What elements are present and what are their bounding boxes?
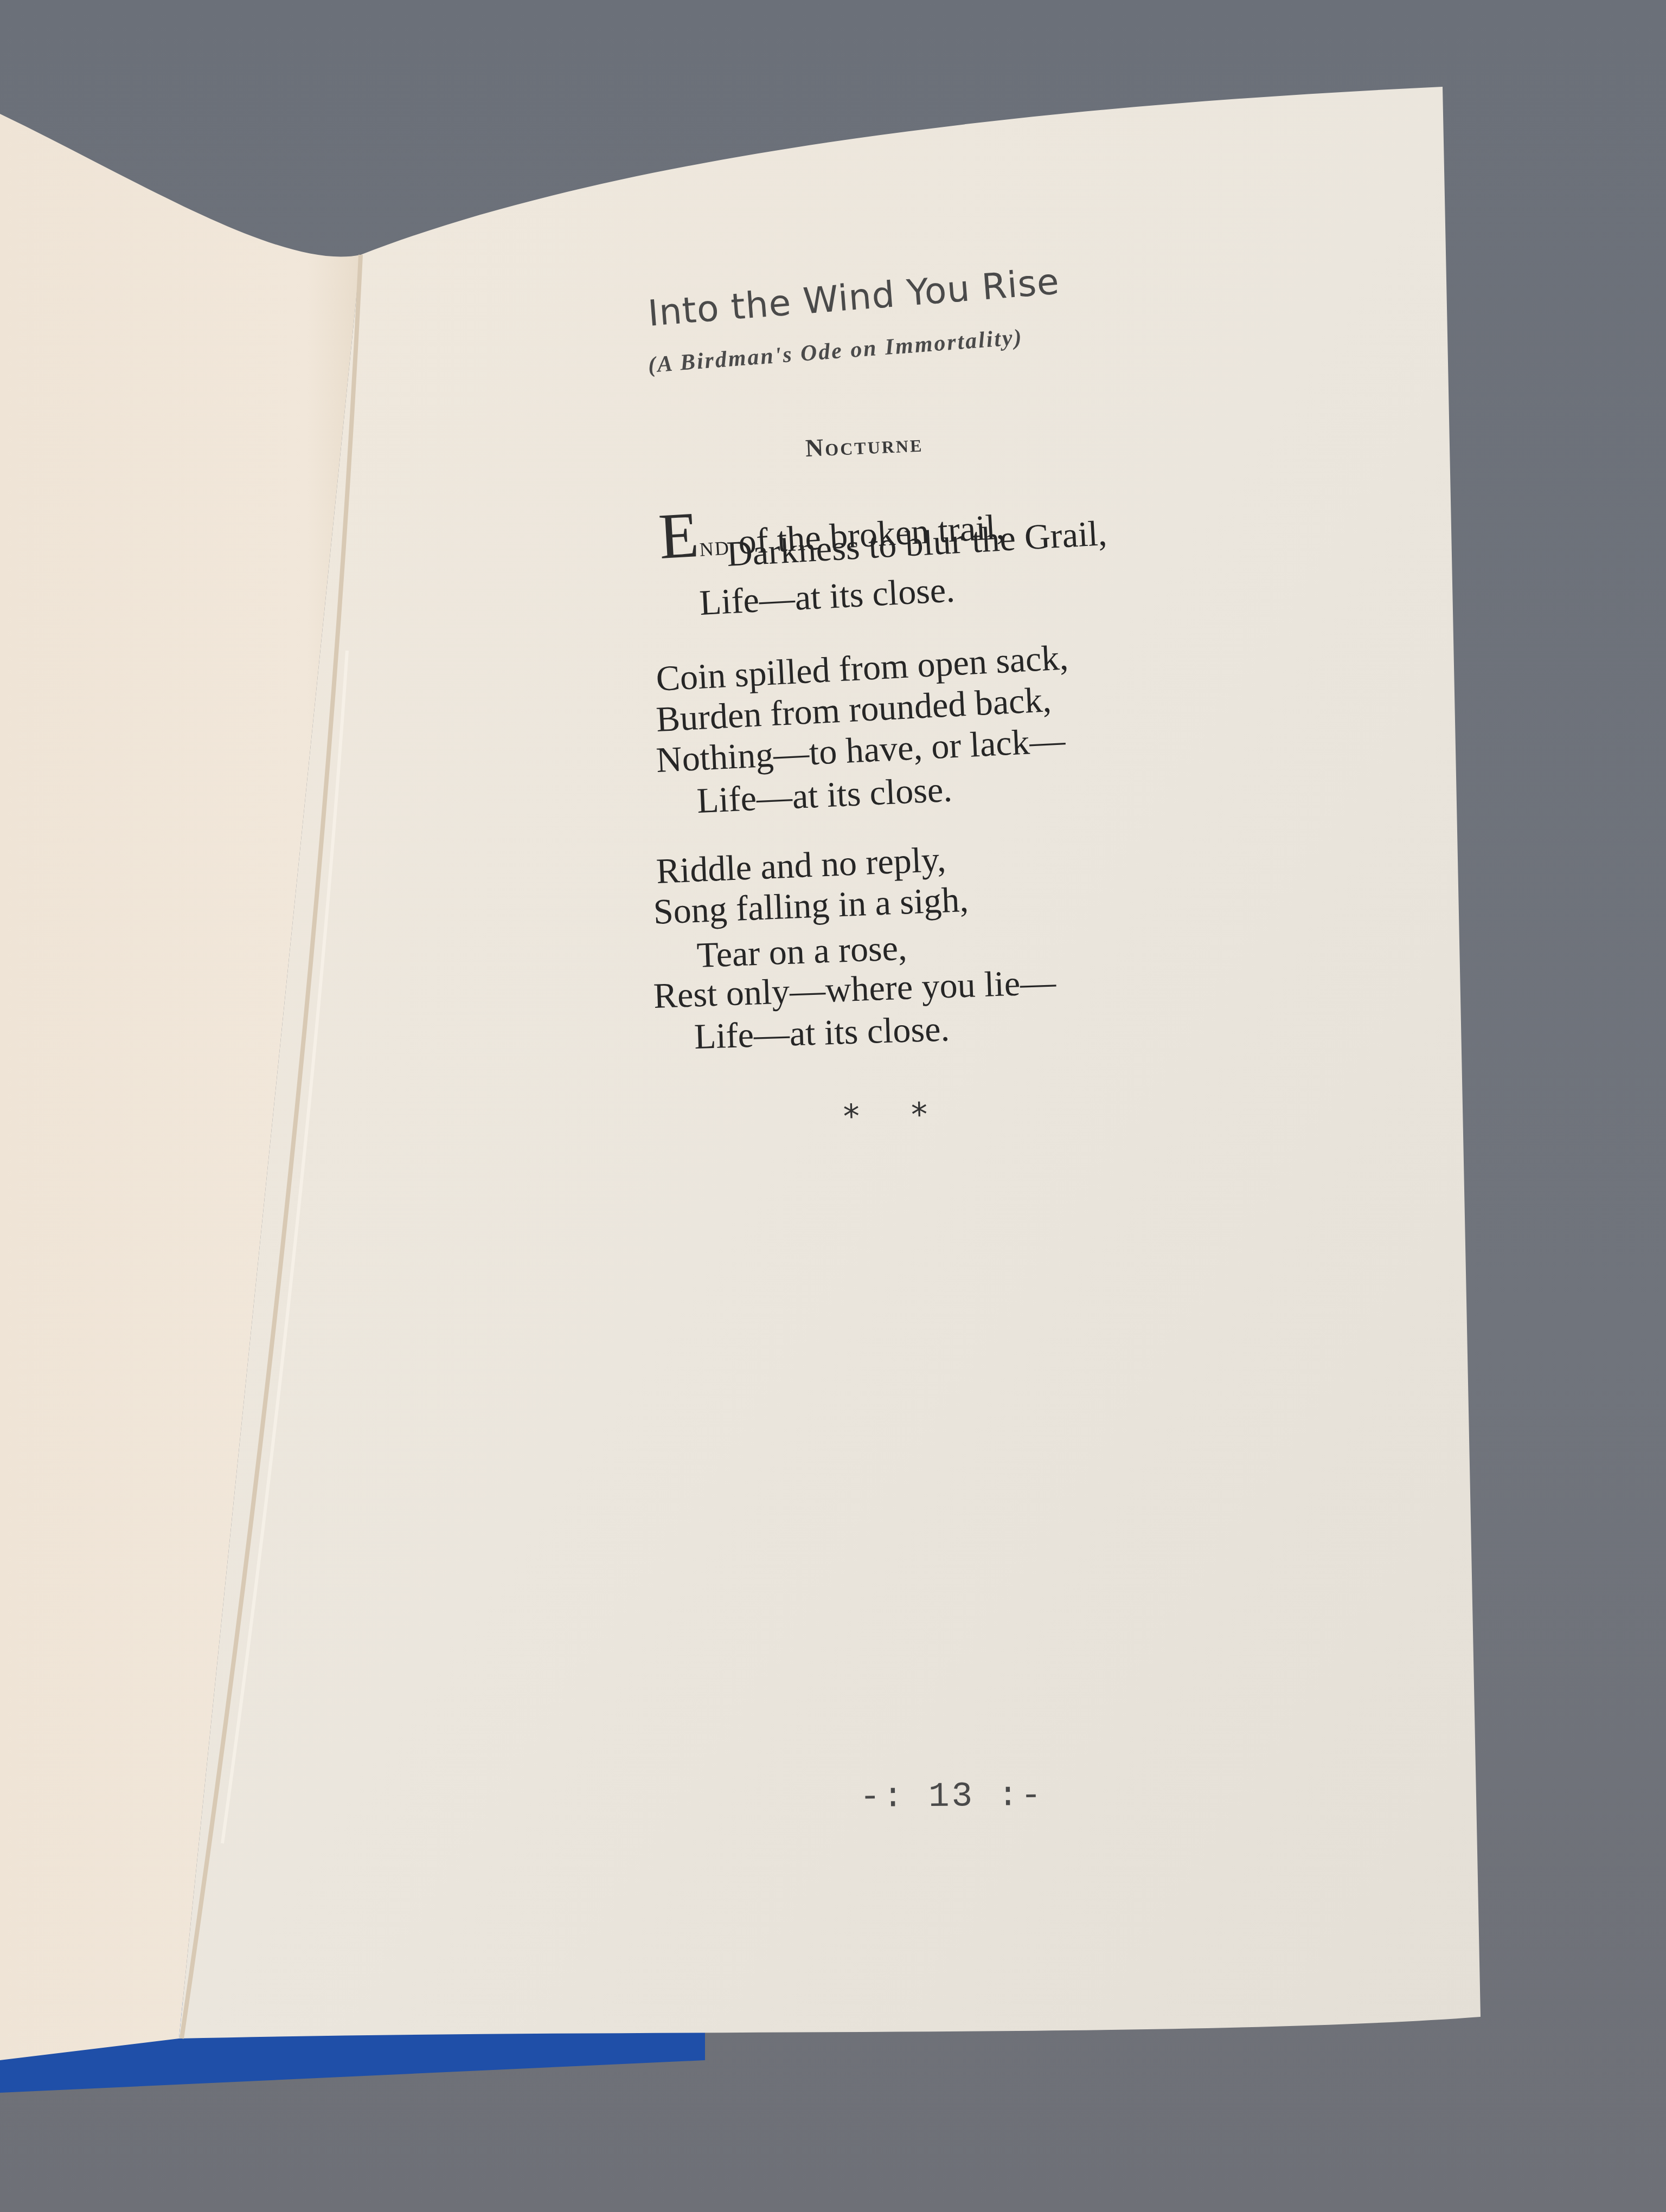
section-heading: Nocturne (805, 429, 924, 462)
poem-subtitle: (A Birdman's Ode on Immortality) (647, 324, 1024, 378)
section-ornament: * * (843, 1096, 928, 1136)
page-text: Into the Wind You Rise (A Birdman's Ode … (0, 0, 1666, 2212)
poem-line: Life—at its close. (699, 569, 956, 624)
page-number: -: 13 :- (860, 1777, 1044, 1817)
poem-title: Into the Wind You Rise (646, 260, 1061, 334)
drop-cap: E (657, 498, 701, 573)
photo-scene: Into the Wind You Rise (A Birdman's Ode … (0, 0, 1666, 2212)
poem-line: Life—at its close. (694, 1008, 950, 1058)
